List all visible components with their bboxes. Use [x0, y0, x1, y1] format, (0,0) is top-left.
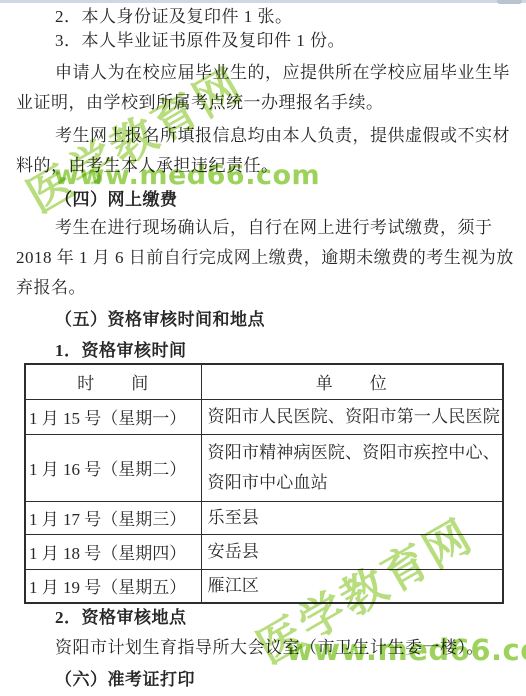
table-cell-date: 1 月 19 号（星期五）	[25, 569, 201, 603]
list-item-diploma: 3．本人毕业证书原件及复印件 1 份。	[16, 26, 526, 56]
paragraph-line: 考生在进行现场确认后，自行在网上进行考试缴费，须于	[16, 213, 512, 243]
table-cell-units: 资阳市精神病医院、资阳市疾控中心、资阳市中心血站	[201, 434, 503, 501]
document-page: 2．本人身份证及复印件 1 张。 3．本人毕业证书原件及复印件 1 份。 申请人…	[0, 0, 526, 696]
paragraph-payment: 考生在进行现场确认后，自行在网上进行考试缴费，须于 2018 年 1 月 6 日…	[16, 213, 512, 303]
table-cell-date: 1 月 15 号（星期一）	[25, 399, 201, 434]
table-header-unit: 单 位	[201, 364, 503, 399]
paragraph-line: 申请人为在校应届毕业生的，应提供所在学校应届毕业生毕	[16, 58, 512, 88]
watermark-url-top: www.med66.com	[54, 160, 320, 191]
table-row: 1 月 16 号（星期二） 资阳市精神病医院、资阳市疾控中心、资阳市中心血站	[25, 434, 503, 501]
sub-item-review-time: 1．资格审核时间	[16, 336, 526, 366]
paragraph-line: 弃报名。	[16, 273, 512, 303]
table-header-row: 时 间 单 位	[25, 364, 503, 399]
paragraph-line: 2018 年 1 月 6 日前自行完成网上缴费，逾期未缴费的考生视为放	[16, 243, 512, 273]
table-cell-date: 1 月 17 号（星期三）	[25, 501, 201, 534]
table-cell-units: 资阳市人民医院、资阳市第一人民医院	[201, 399, 503, 434]
table-row: 1 月 15 号（星期一） 资阳市人民医院、资阳市第一人民医院	[25, 399, 503, 434]
watermark-url-bottom: www.med66.com	[286, 633, 526, 667]
table-cell-date: 1 月 16 号（星期二）	[25, 434, 201, 501]
table-cell-date: 1 月 18 号（星期四）	[25, 534, 201, 569]
table-header-time: 时 间	[25, 364, 201, 399]
heading-section-5-review-time-place: （五）资格审核时间和地点	[16, 305, 526, 335]
paragraph-fresh-graduate: 申请人为在校应届毕业生的，应提供所在学校应届毕业生毕 业证明，由学校到所属考点统…	[16, 58, 512, 118]
paragraph-line: 业证明，由学校到所属考点统一办理报名手续。	[16, 88, 512, 118]
